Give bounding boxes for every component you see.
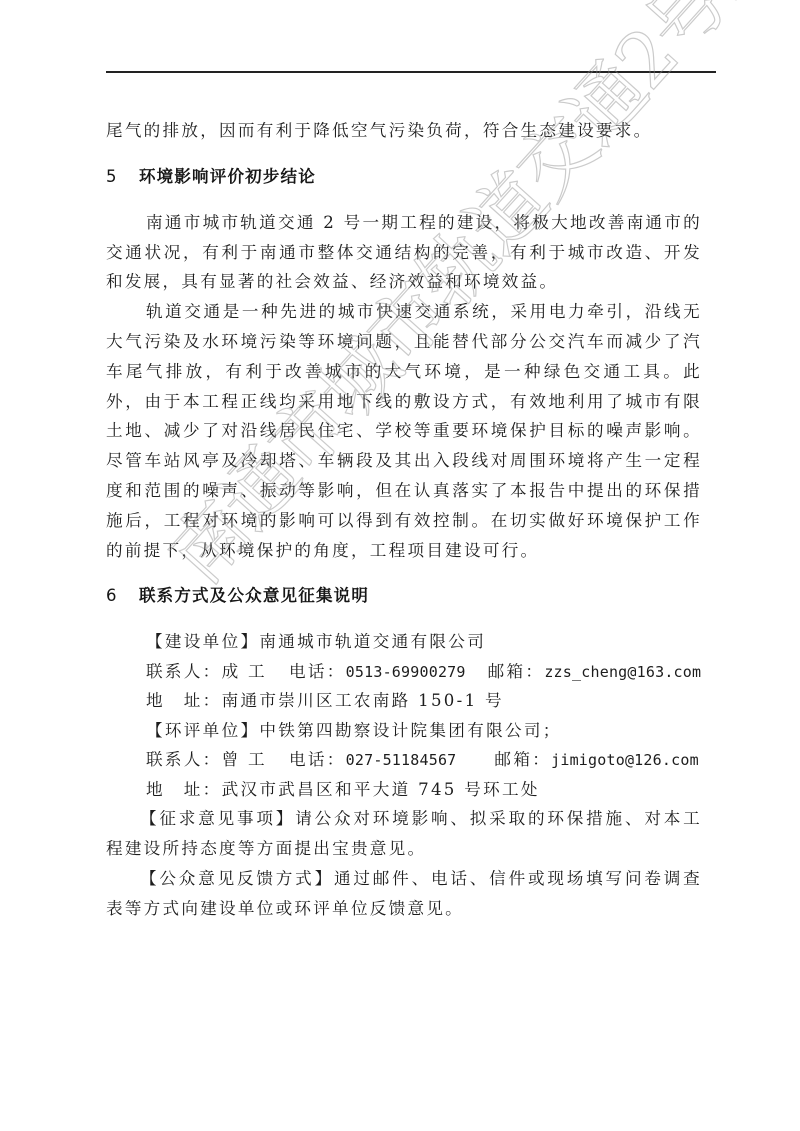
construction-address: 南通市崇川区工农南路 150-1 号 <box>222 691 504 710</box>
eia-contact-name: 曾 工 <box>222 750 267 769</box>
construction-contact-label: 联系人： <box>146 662 222 681</box>
eia-unit-label: 【环评单位】 <box>146 721 259 740</box>
construction-unit-name: 南通城市轨道交通有限公司 <box>259 632 486 651</box>
opinion-items-paragraph: 【征求意见事项】请公众对环境影响、拟采取的环保措施、对本工程建设所持态度等方面提… <box>106 804 702 864</box>
construction-phone: 0513-69900279 <box>346 663 466 681</box>
eia-address-label: 地 址： <box>146 780 222 799</box>
construction-phone-label: 电话： <box>289 662 346 681</box>
section-5-paragraph-1: 南通市城市轨道交通 2 号一期工程的建设，将极大地改善南通市的交通状况，有利于南… <box>106 208 702 297</box>
section-5-heading: 5 环境影响评价初步结论 <box>106 162 702 192</box>
continuation-paragraph: 尾气的排放，因而有利于降低空气污染负荷，符合生态建设要求。 <box>106 116 702 146</box>
eia-address: 武汉市武昌区和平大道 745 号环工处 <box>222 780 540 799</box>
construction-email-label: 邮箱： <box>488 662 545 681</box>
eia-phone-label: 电话： <box>289 750 346 769</box>
construction-address-label: 地 址： <box>146 691 222 710</box>
eia-email-label: 邮箱： <box>494 750 551 769</box>
section-6-heading: 6 联系方式及公众意见征集说明 <box>106 581 702 611</box>
eia-contact-label: 联系人： <box>146 750 222 769</box>
construction-contact-name: 成 工 <box>222 662 267 681</box>
eia-phone: 027-51184567 <box>346 751 457 769</box>
page-content: 尾气的排放，因而有利于降低空气污染负荷，符合生态建设要求。 5 环境影响评价初步… <box>106 116 702 924</box>
opinion-items-label: 【征求意见事项】 <box>140 809 295 828</box>
eia-address-line: 地 址：武汉市武昌区和平大道 745 号环工处 <box>106 775 702 805</box>
eia-email-link[interactable]: jimigoto@126.com <box>551 751 699 769</box>
header-rule <box>106 71 716 73</box>
eia-contact-line: 联系人：曾 工电话：027-51184567邮箱：jimigoto@126.co… <box>106 745 702 775</box>
feedback-method-label: 【公众意见反馈方式】 <box>140 869 334 888</box>
section-6-number: 6 <box>106 581 132 611</box>
construction-unit-line: 【建设单位】南通城市轨道交通有限公司 <box>106 627 702 657</box>
section-5-paragraph-2: 轨道交通是一种先进的城市快速交通系统，采用电力牵引，沿线无大气污染及水环境污染等… <box>106 297 702 565</box>
eia-unit-line: 【环评单位】中铁第四勘察设计院集团有限公司； <box>106 716 702 746</box>
feedback-method-paragraph: 【公众意见反馈方式】通过邮件、电话、信件或现场填写问卷调查表等方式向建设单位或环… <box>106 864 702 924</box>
section-5-title: 环境影响评价初步结论 <box>139 167 316 186</box>
document-page: 南通市城市轨道交通2号线一期工程 尾气的排放，因而有利于降低空气污染负荷，符合生… <box>0 0 800 1131</box>
construction-unit-label: 【建设单位】 <box>146 632 259 651</box>
eia-unit-name: 中铁第四勘察设计院集团有限公司； <box>259 721 561 740</box>
construction-email-link[interactable]: zzs_cheng@163.com <box>544 663 701 681</box>
section-5-number: 5 <box>106 162 132 192</box>
section-6-title: 联系方式及公众意见征集说明 <box>139 586 369 605</box>
construction-contact-line: 联系人：成 工电话：0513-69900279邮箱：zzs_cheng@163.… <box>106 657 702 687</box>
construction-address-line: 地 址：南通市崇川区工农南路 150-1 号 <box>106 686 702 716</box>
